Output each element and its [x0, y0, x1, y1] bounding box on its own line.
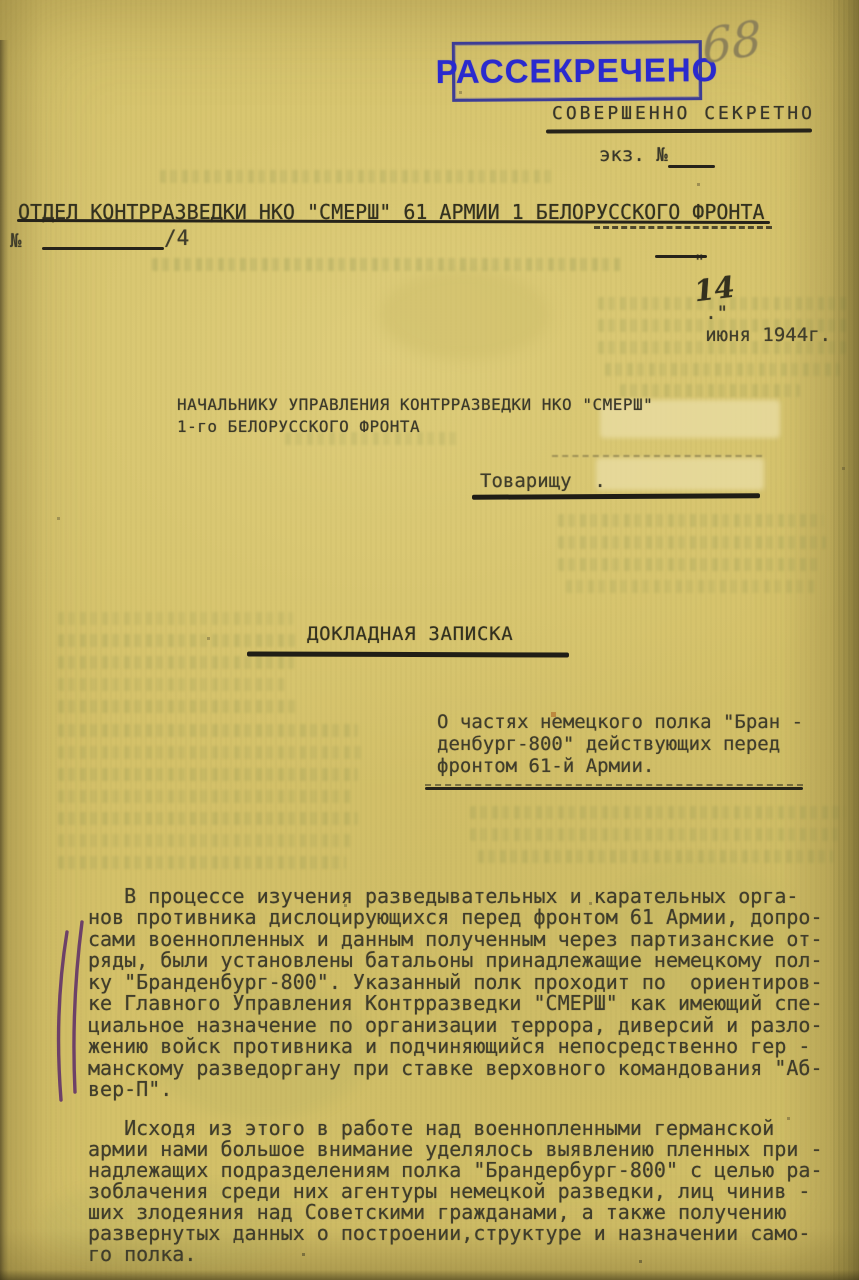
redaction-patch [596, 458, 764, 490]
copy-number-blank [668, 165, 715, 168]
page-edge-shadow-bottom [0, 1270, 859, 1280]
report-title-underline [247, 651, 569, 657]
page-edge-shadow-left [0, 40, 9, 1280]
doc-number-suffix: /4 [164, 226, 189, 250]
doc-number-label: № [10, 230, 21, 252]
bleed-through-line [58, 746, 363, 759]
bleed-through-line [58, 612, 293, 625]
copy-number-label: экз. № [599, 144, 668, 166]
classification-header: СОВЕРШЕННО СЕКРЕТНО [552, 103, 815, 124]
doc-number-blank [42, 247, 164, 250]
bleed-through-line [58, 790, 354, 803]
salutation: Товарищу . [480, 470, 606, 492]
body-line: манскому разведоргану при ставке верховн… [88, 1056, 823, 1080]
bleed-through-line [558, 536, 826, 549]
page-edge-shadow-right [833, 0, 859, 1280]
body-line: нов противника дислоцирующихся перед фро… [88, 905, 823, 929]
bleed-through-line [470, 828, 838, 841]
declassified-stamp-label: РАССЕКРЕЧЕНО [436, 51, 719, 91]
subject-line-1: О частях немецкого полка "Бран - [437, 711, 803, 733]
bleed-through-line [160, 170, 555, 183]
bleed-through-line [58, 700, 296, 713]
bleed-through-line [58, 856, 346, 869]
bleed-through-line [152, 258, 622, 271]
bleed-through-line [58, 724, 358, 737]
date-line: " 14 ." июня 1944г. [648, 229, 831, 368]
bleed-through-line [558, 514, 823, 527]
bleed-through-line [58, 768, 358, 781]
bleed-through-line [58, 634, 298, 647]
bleed-through-line [58, 812, 358, 825]
erased-text-line [552, 455, 762, 457]
declassified-stamp: РАССЕКРЕЧЕНО [452, 40, 702, 102]
body-line: вер-П". [88, 1077, 172, 1101]
scanned-document-page: РАССЕКРЕЧЕНО 68 СОВЕРШЕННО СЕКРЕТНО экз.… [0, 0, 859, 1280]
bleed-through-line [470, 806, 845, 819]
body-line: жению войск противника и подчиняющийся н… [88, 1034, 810, 1058]
paper-specks [0, 0, 1, 1]
margin-pen-marks [46, 912, 96, 1112]
date-day-underline [655, 255, 707, 258]
bleed-through-line [558, 558, 820, 571]
addressee-line-2: 1-го БЕЛОРУССКОГО ФРОНТА [177, 417, 420, 436]
bleed-through-line [58, 834, 353, 847]
body-line: го полка. [88, 1242, 196, 1266]
classification-underline [546, 129, 812, 134]
addressee-line-1: НАЧАЛЬНИКУ УПРАВЛЕНИЯ КОНТРРАЗВЕДКИ НКО … [177, 395, 653, 414]
subject-underline [425, 787, 803, 790]
subject-underline-dashes [425, 784, 803, 786]
subject-line-2: денбург-800" действующих перед [437, 733, 780, 755]
report-title: ДОКЛАДНАЯ ЗАПИСКА [307, 623, 513, 645]
body-line: ряды, были установлены батальоны принадл… [88, 948, 823, 972]
subject-line-3: фронтом 61-й Армии. [437, 755, 654, 777]
bleed-through-line [58, 678, 288, 691]
bleed-through-line [58, 656, 294, 669]
bleed-through-line [566, 580, 816, 593]
page-number-handwritten: 68 [701, 11, 763, 76]
salutation-underline [472, 493, 760, 500]
body-line: ке Главного Управления Контрразведки "СМ… [88, 991, 823, 1015]
paper-stain [380, 270, 550, 360]
bleed-through-line [478, 850, 833, 863]
date-day-handwritten: 14 [692, 273, 736, 307]
date-month-year: июня 1944г. [694, 324, 831, 346]
